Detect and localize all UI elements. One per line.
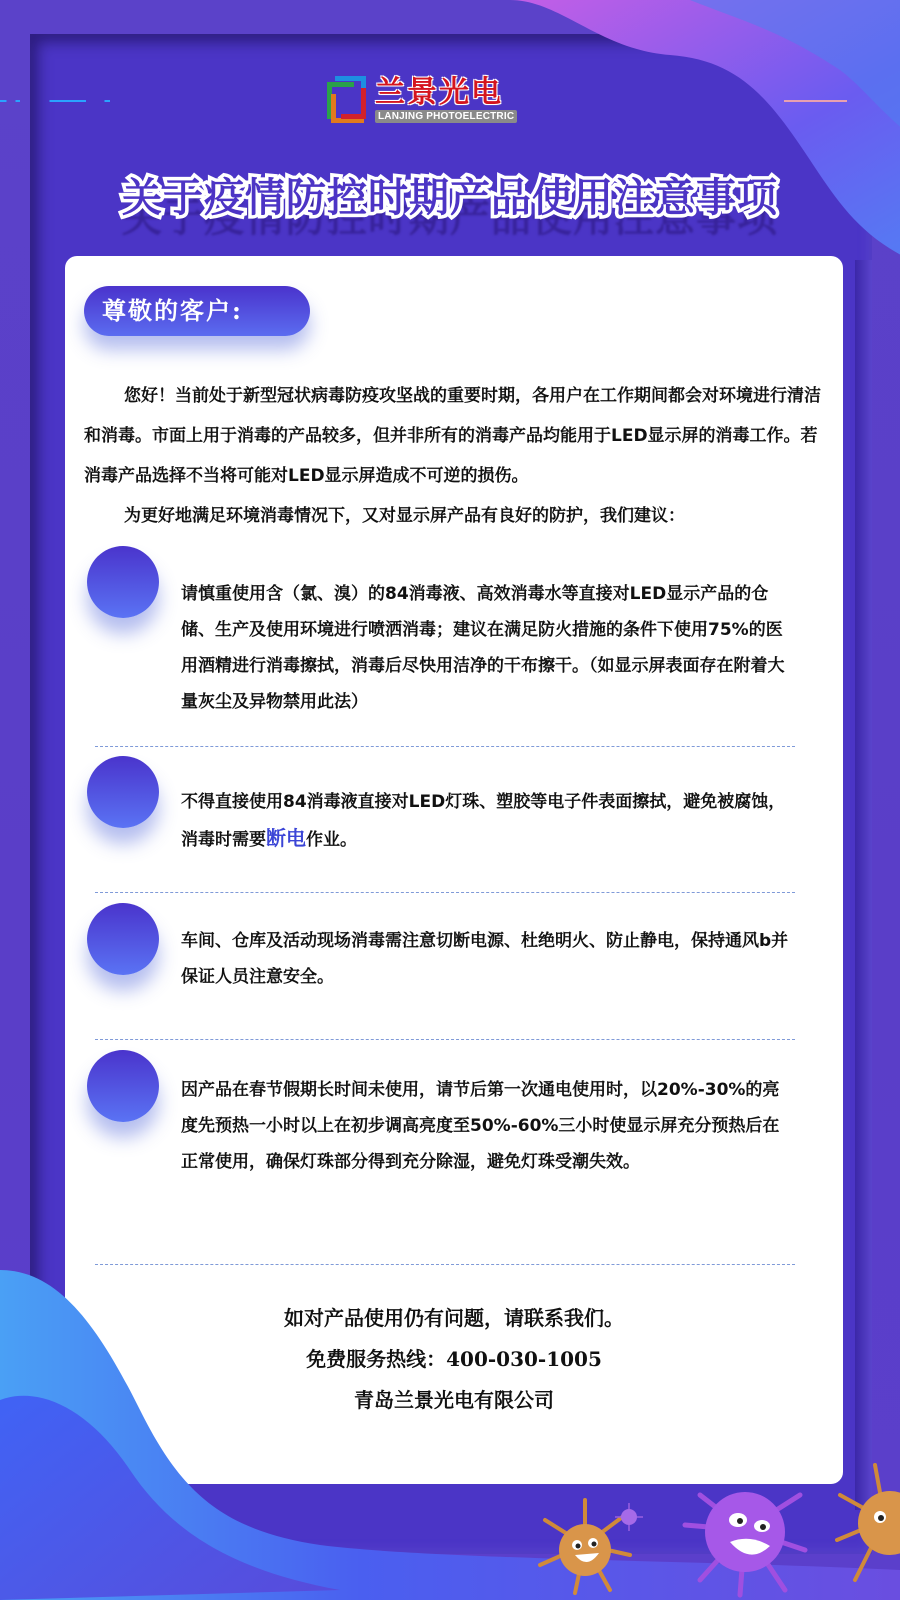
dashed-divider [95,1264,795,1265]
notice-card: 尊敬的客户: 您好！当前处于新型冠状病毒防疫攻坚战的重要时期，各用户在工作期间都… [65,256,843,1484]
bullet-circle-icon [87,903,159,975]
intro-paragraph-2: 为更好地满足环境消毒情况下，又对显示屏产品有良好的防护，我们建议： [84,496,829,536]
brand-logo: 兰景光电 LANJING PHOTOELECTRIC [327,70,532,128]
tip-text: 因产品在春节假期长时间未使用，请节后第一次通电使用时，以20%-30%的亮度先预… [181,1072,791,1180]
dashed-divider [95,1039,795,1040]
highlight-power-off: 断电 [266,826,306,850]
bullet-circle-icon [87,546,159,618]
bullet-circle-icon [87,756,159,828]
virus-mascot-small-icon [614,1502,644,1532]
hotline: 免费服务热线：400-030-1005 [65,1343,843,1372]
lanjing-logo-icon [327,76,367,122]
brand-name-en: LANJING PHOTOELECTRIC [375,110,517,123]
tip-text: 不得直接使用84消毒液直接对LED灯珠、塑胶等电子件表面擦拭，避免被腐蚀，消毒时… [181,784,791,858]
contact-prompt: 如对产品使用仍有问题，请联系我们。 [65,1302,843,1331]
page-title: 关于疫情防控时期产品使用注意事项 [0,166,900,223]
hotline-number: 400-030-1005 [446,1347,602,1371]
dashed-divider [95,746,795,747]
intro-paragraph-1: 您好！当前处于新型冠状病毒防疫攻坚战的重要时期，各用户在工作期间都会对环境进行清… [84,376,829,496]
virus-mascot-purple-icon [680,1470,810,1600]
company-name: 青岛兰景光电有限公司 [65,1384,843,1413]
tip-text: 车间、仓库及活动现场消毒需注意切断电源、杜绝明火、防止静电，保持通风b并保证人员… [181,923,791,995]
virus-mascot-orange-edge-icon [835,1455,900,1585]
hotline-label: 免费服务热线： [306,1347,446,1371]
greeting-badge: 尊敬的客户: [84,286,310,336]
bullet-circle-icon [87,1050,159,1122]
intro-text: 您好！当前处于新型冠状病毒防疫攻坚战的重要时期，各用户在工作期间都会对环境进行清… [84,376,829,536]
tip-text: 请慎重使用含（氯、溴）的84消毒液、高效消毒水等直接对LED显示产品的仓储、生产… [181,576,791,720]
light-streak-left [0,100,110,102]
brand-name-cn: 兰景光电 [375,76,517,110]
light-streak-right [775,100,865,102]
dashed-divider [95,892,795,893]
frame-edge [855,260,872,1510]
